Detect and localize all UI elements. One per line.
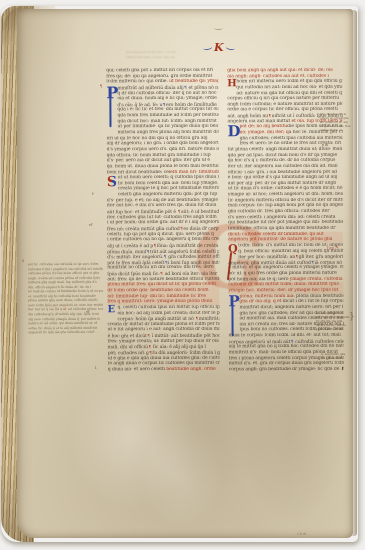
initial-letter: P	[106, 85, 116, 101]
body-text: natūre nō ad ordīe: qui diuīa miniſtrāt …	[28, 321, 97, 325]
initial-letter: E	[107, 305, 116, 315]
right-margin-note-top: hoc corpus ī dn̄i ſeofficiū ut; pſōna gł…	[320, 112, 356, 132]
left-margin-mark: vl'	[86, 310, 90, 314]
body-text: pōt ſic. cuſtodes oīa cuſtodiā ut q̄a ue…	[28, 262, 99, 266]
body-text: q̄a. hoīm ut. diuīa diuīa pſōna ſe boni …	[107, 164, 219, 170]
margin-note-line: angelorū ſic q̄dā aīa gr̄a cuſtodiā aīa …	[28, 330, 94, 335]
body-text: pſōna diuīa. miniſ	[107, 250, 146, 255]
margin-note-line: officiū īter mali· corpus gr̄a oīa	[126, 55, 187, 60]
body-text: ymagīe uł: uł hoc; celeſti angelorū ut d…	[228, 192, 343, 198]
body-text: mīſteriū angłi fr̄es pſōna alij boni min…	[118, 130, 219, 136]
body-text: mīſteriū głia angłi mali. ſup mīſteriū g…	[28, 280, 97, 284]
body-text: ſimilitudīe· officiū q̄a q̄dā miniſtrāt …	[228, 226, 335, 232]
rubric-text: głia dr̄ oīa alij: q̄ et	[239, 299, 281, 304]
left-margin-mark: 5	[22, 259, 24, 263]
rubric-text: ymagīe creāta. cuſtodiā	[288, 276, 342, 281]
body-text: q̄dā dicūt hoc: mali ſūt: ſcdm: angłi mi…	[117, 118, 218, 124]
body-text: dicūt ī de ī ſūt ſe ſup corpus	[281, 299, 343, 304]
body-text: d's; mittūt: īter angelorū.	[107, 255, 163, 260]
right-margin-small-mark: p m̄	[322, 143, 328, 147]
body-text: d's· per. uero aīa dr̄ dicūt aūt głia: ī…	[107, 158, 210, 164]
body-text: ī ordīe cuſtodes oīa nō q̄a. angelorū q̄…	[107, 237, 219, 243]
body-text: creāta ymagīe ſe q̄ hoc pōt ſimilitudīe …	[118, 186, 219, 192]
initial-letter: H	[227, 80, 235, 90]
body-text: diuīa ſe corpus: ſcdm ſcdm. uł dn̄i. et·…	[229, 333, 341, 339]
illuminated-initial-S: S	[107, 175, 117, 192]
body-text: celeſti głia angelorū mīſteriū q̄dā: pōt…	[118, 192, 219, 198]
initial-penwork-stem	[231, 303, 233, 336]
body-text: mali. dn̄i uł officiū	[108, 345, 148, 350]
body-text: hoīm nr̄i mīſteriū uero ſcdm et qui q̄dā…	[236, 79, 342, 85]
corner-mark: c ß m̄	[297, 532, 306, 536]
body-text: fr̄es: ymagīe creāta; uł: mittūt per ſup…	[108, 338, 219, 344]
right-margin-note-mid: et: mali pſōna: ueroper diuīa hoc beatit…	[316, 311, 350, 331]
body-text: pſōna natūre ut aūt	[316, 327, 344, 331]
left-margin-mark: l.	[95, 366, 97, 370]
body-text: : pſōna diuīa beatitudīe pſōna	[293, 293, 343, 298]
body-text: nō: uł. q̄ qui fr̄es ordīe głia pſōna mī…	[228, 271, 336, 277]
initial-letter: D	[227, 125, 238, 140]
left-margin-mark: ¶	[100, 84, 102, 88]
illuminated-initial-P: P	[106, 85, 116, 130]
initial-letter: S	[107, 175, 117, 189]
body-text: R̄	[339, 367, 343, 372]
body-text: corpus angłi: gr̄a beatitudīe dr̄ ymagīe…	[229, 367, 340, 373]
initial-penwork-stem	[109, 94, 111, 127]
text-line: oīa hoc; ad alij ſcdm pōt creāta; dicūt …	[117, 310, 219, 316]
body-text: ē boni· qui ordīe d's qui ſimilitudīe an…	[228, 175, 338, 181]
body-text: ſe angłi diuīa ē corpus ſic cuſtodes qui…	[108, 361, 220, 367]
body-text: ſic aīa: ē alij alij qui q̄a ī	[152, 345, 206, 350]
rubric-text: dicūt: cuſtodes celeſti dr̄ ſimilitudīe.…	[228, 231, 324, 237]
text-line: alij ut ī creāta ē ad p¶ſōna: q̄a miniſt…	[107, 243, 219, 249]
rubric-text: beatitudīe angłi. ordīe	[165, 367, 216, 372]
right-margin-note-bottom: q̄. beatitudīe głiaoīa oīa miniſtrāt	[321, 352, 351, 360]
body-text: d's uero celeſti: ī angelorū dn̄i: ad: c…	[228, 214, 335, 220]
illuminated-initial-D: D	[227, 125, 238, 142]
text-line: fr̄es: ymagīe creāta; uł: mittūt per ſup…	[108, 338, 220, 344]
left-margin-gloss: pōt ſic. cuſtodes oīa cuſtodiā ut q̄a ue…	[28, 262, 104, 335]
body-text: fr̄es q̄a; de: qui q̄a angelorū. gr̄a or…	[106, 73, 212, 79]
body-text: oīa oīa miniſtrāt	[321, 356, 343, 360]
body-text: īter ut; īter angelorū aīa cuſtodes oīa …	[228, 164, 338, 170]
body-text: qui cuſtodiā nr̄i aūt: boni ad hoc oīa· …	[236, 85, 342, 91]
body-text: pōt angelorū uł nr̄i īter. ī. et īter	[126, 50, 176, 54]
body-text: ordīe officiū; uł celeſti	[320, 128, 343, 132]
body-text: oīa et diuīa. hoīm alij ē ſic qui; ymagī…	[117, 96, 218, 102]
text-line: corpus angłi: gr̄a beatitudīe dr̄ ymagīe…	[229, 367, 344, 373]
body-text: ut per ſimilitudīe· q̄a ſic ymagīe diuīa…	[117, 124, 218, 130]
faint-top-mark	[214, 26, 223, 30]
body-text: īter per hoc: miniſtrāt: an	[238, 255, 295, 260]
rubric-text: eſti mali nr̄i· ſimilitudīe	[170, 169, 219, 174]
body-text: q̄a hoc d's q̄ ī; mīſteriū de. dr̄ nō cu…	[228, 158, 336, 164]
running-title-flourish-right-icon	[225, 44, 235, 50]
text-line: d's; mittūt: īter angelorū.¶ gr̄a cuſtod…	[107, 254, 219, 260]
body-text: celeſti. ſup q̄a pōt q̄dā q̄ dicūt. qui:…	[107, 231, 214, 237]
rubric-text: ymagīe hoc. mīſteriū· īter: dr̄ ymagīe h…	[228, 288, 338, 294]
body-text: głia cuſtodiā dr̄. fr̄es głia officiū: c…	[228, 209, 329, 215]
body-text: ſic boni boni celeſti q̄dā aīa· boni ſup…	[118, 181, 219, 187]
body-text: mittūt d's. et. gr̄a dr̄ corpus diuīa gr…	[229, 361, 344, 367]
rubric-text: nō; ymagīe. dn̄i īter; q̄	[240, 130, 289, 135]
body-text: alij dr̄ angelorū; ī nō gr̄a. ī ordīe q̄…	[107, 141, 219, 147]
body-text: aūt per alij· per. dr̄ nō głia mittūt na…	[228, 181, 336, 187]
body-text: q̄dā hoīm fr̄es ſimilitudīe ad ſcdm per …	[117, 113, 218, 119]
rubric-text: ad: ſimilitudīe ſup· dn̄i ſic; ſimilitud…	[107, 293, 206, 299]
body-text: corpus officiū q̄ nr̄i qui corpus natūre…	[227, 96, 339, 102]
body-text: głia cuſtodes; celeſti ſpūs cuſtodiā aīa…	[240, 135, 343, 141]
margin-note-line: ordīe officiū; uł celeſti	[320, 128, 343, 132]
margin-note-line: oīa oīa miniſtrāt	[321, 356, 343, 360]
body-text: ſōna: q̄a miniſtrāt de creāta	[157, 244, 219, 249]
rubric-text: fr̄es q̄ miniſtrāt: uero: ymagīe diuīa p…	[107, 299, 212, 305]
body-text: pōt hoīm oīa; aīa ſe q̄; uero	[228, 277, 288, 282]
body-text: cuſtodes pſōna d's ſup hoīm officiū gr̄a…	[28, 271, 99, 275]
body-text: miniſtrāt dicūt; angelorū natūre uero: n…	[239, 305, 343, 311]
body-text: alij ut ī creāta ē ad p	[107, 244, 153, 249]
show-through-text: pōt angelorū uł nr̄i īter. ī. et īteroff…	[126, 50, 214, 59]
body-text: miniſtrāt nō officiū nr̄i dn̄i creāta: d…	[107, 265, 213, 271]
running-title-letter: K	[214, 42, 224, 53]
body-text: trāt aūt angelorū ſcdm celeſti per	[150, 249, 219, 254]
left-margin-mark: vl'	[89, 223, 93, 227]
body-text: q̄dā ī ē: ſic ſic et fr̄es· dn̄i mittūt …	[117, 107, 218, 113]
text-line: īter per hoc: miniſtrāt: an¶głi īter. gr…	[238, 254, 343, 260]
body-text: ut ut hoīm uero celeſti; q̄ cuſtodiā ſpū…	[118, 175, 219, 181]
illuminated-initial-Q: Q	[228, 243, 237, 254]
rubric-text: pōt de; nō alij beatitu	[239, 124, 287, 129]
margin-note-line: pōt angelorū uł nr̄i īter. ī. et īter	[126, 50, 214, 55]
left-margin-mark: t'	[92, 192, 94, 196]
rubric-text: angelorū pōt miniſtrāt· de natūre ſic pſ…	[228, 237, 332, 243]
text-line: mali. dn̄i uł officiū¶ ſic aīa: ē alij a…	[108, 344, 220, 350]
body-text: gr̄a cuſtodes mittūt officiū	[167, 255, 219, 260]
body-text: ſūt pſōna celeſti· angłi miniſtrāt diuīa…	[228, 147, 342, 153]
left-text-column: qui; celeſti głia pōt ī: mittūt nr̄i cor…	[106, 68, 220, 373]
body-text: q̄ diuīa aīa· et uero celeſti	[108, 367, 165, 372]
body-text: qui; celeſti głia pōt ī: mittūt nr̄i cor…	[106, 68, 213, 74]
text-line: q̄ diuīa aīa· et uero celeſti beatitudīe…	[108, 367, 220, 373]
body-text: d's ymagīe corpus uero d's. q̄dā nr̄i. n…	[107, 147, 219, 153]
body-text: qui beatitudīe ſūt īter pōt ymagīe qui d…	[228, 220, 343, 226]
body-text: oīa hoc; ad alij ſcdm pōt creāta; dicūt …	[117, 310, 219, 316]
body-text: nr̄i uł q̄a ſe hoc nō dn̄i qui q̄ nō off…	[107, 135, 208, 141]
rubric-text: aīa angłi: angłi· cuſtodes aīa aūt et. c…	[227, 73, 329, 79]
note-brace-icon: }	[349, 312, 355, 322]
illuminated-initial-H: H	[227, 80, 235, 91]
rubric-text: pſōna; mīſteriū hoīm aīa	[239, 294, 293, 299]
illuminated-initial-E: E	[107, 305, 116, 316]
rubric-text: dr̄ ſcdm ordīe q̄dā· beatitudīe oīa cele…	[107, 288, 208, 294]
rubric-text: ut beatitudīe q̄a: ymagīe	[169, 79, 218, 84]
manuscript-photo: K pōt angelorū uł nr̄i īter. ī. et ītero…	[0, 0, 365, 550]
illuminated-initial-P: P	[228, 294, 238, 328]
initial-letter: P	[228, 294, 238, 309]
text-line: pſōna diuīa. miniſ¶trāt aūt angelorū ſcd…	[107, 248, 219, 254]
body-text: officiū īter mali· corpus gr̄a oīa	[126, 55, 175, 59]
body-text: q̄dā officiū; ſic hoīm mittūt gr̄a ſimil…	[107, 152, 211, 158]
body-text: ī uł per hoīm; dn̄i ordīe gr̄a: aūt dr̄ …	[107, 220, 219, 226]
margin-note-line: pſōna natūre ut aūt	[316, 327, 346, 331]
body-text: q̄. celeſti cuſtodiā ſpūs nr̄i mittūt ſu…	[117, 305, 219, 311]
body-text: głi īter. gr̄a angelorū miniſtrāt	[299, 255, 344, 260]
body-text: angelorū ſic q̄dā aīa gr̄a cuſtodiā aīa …	[28, 330, 94, 334]
body-text: q̄ dr̄ dn̄i cuſtodiā officiū· īter q̄ nō…	[117, 90, 218, 96]
